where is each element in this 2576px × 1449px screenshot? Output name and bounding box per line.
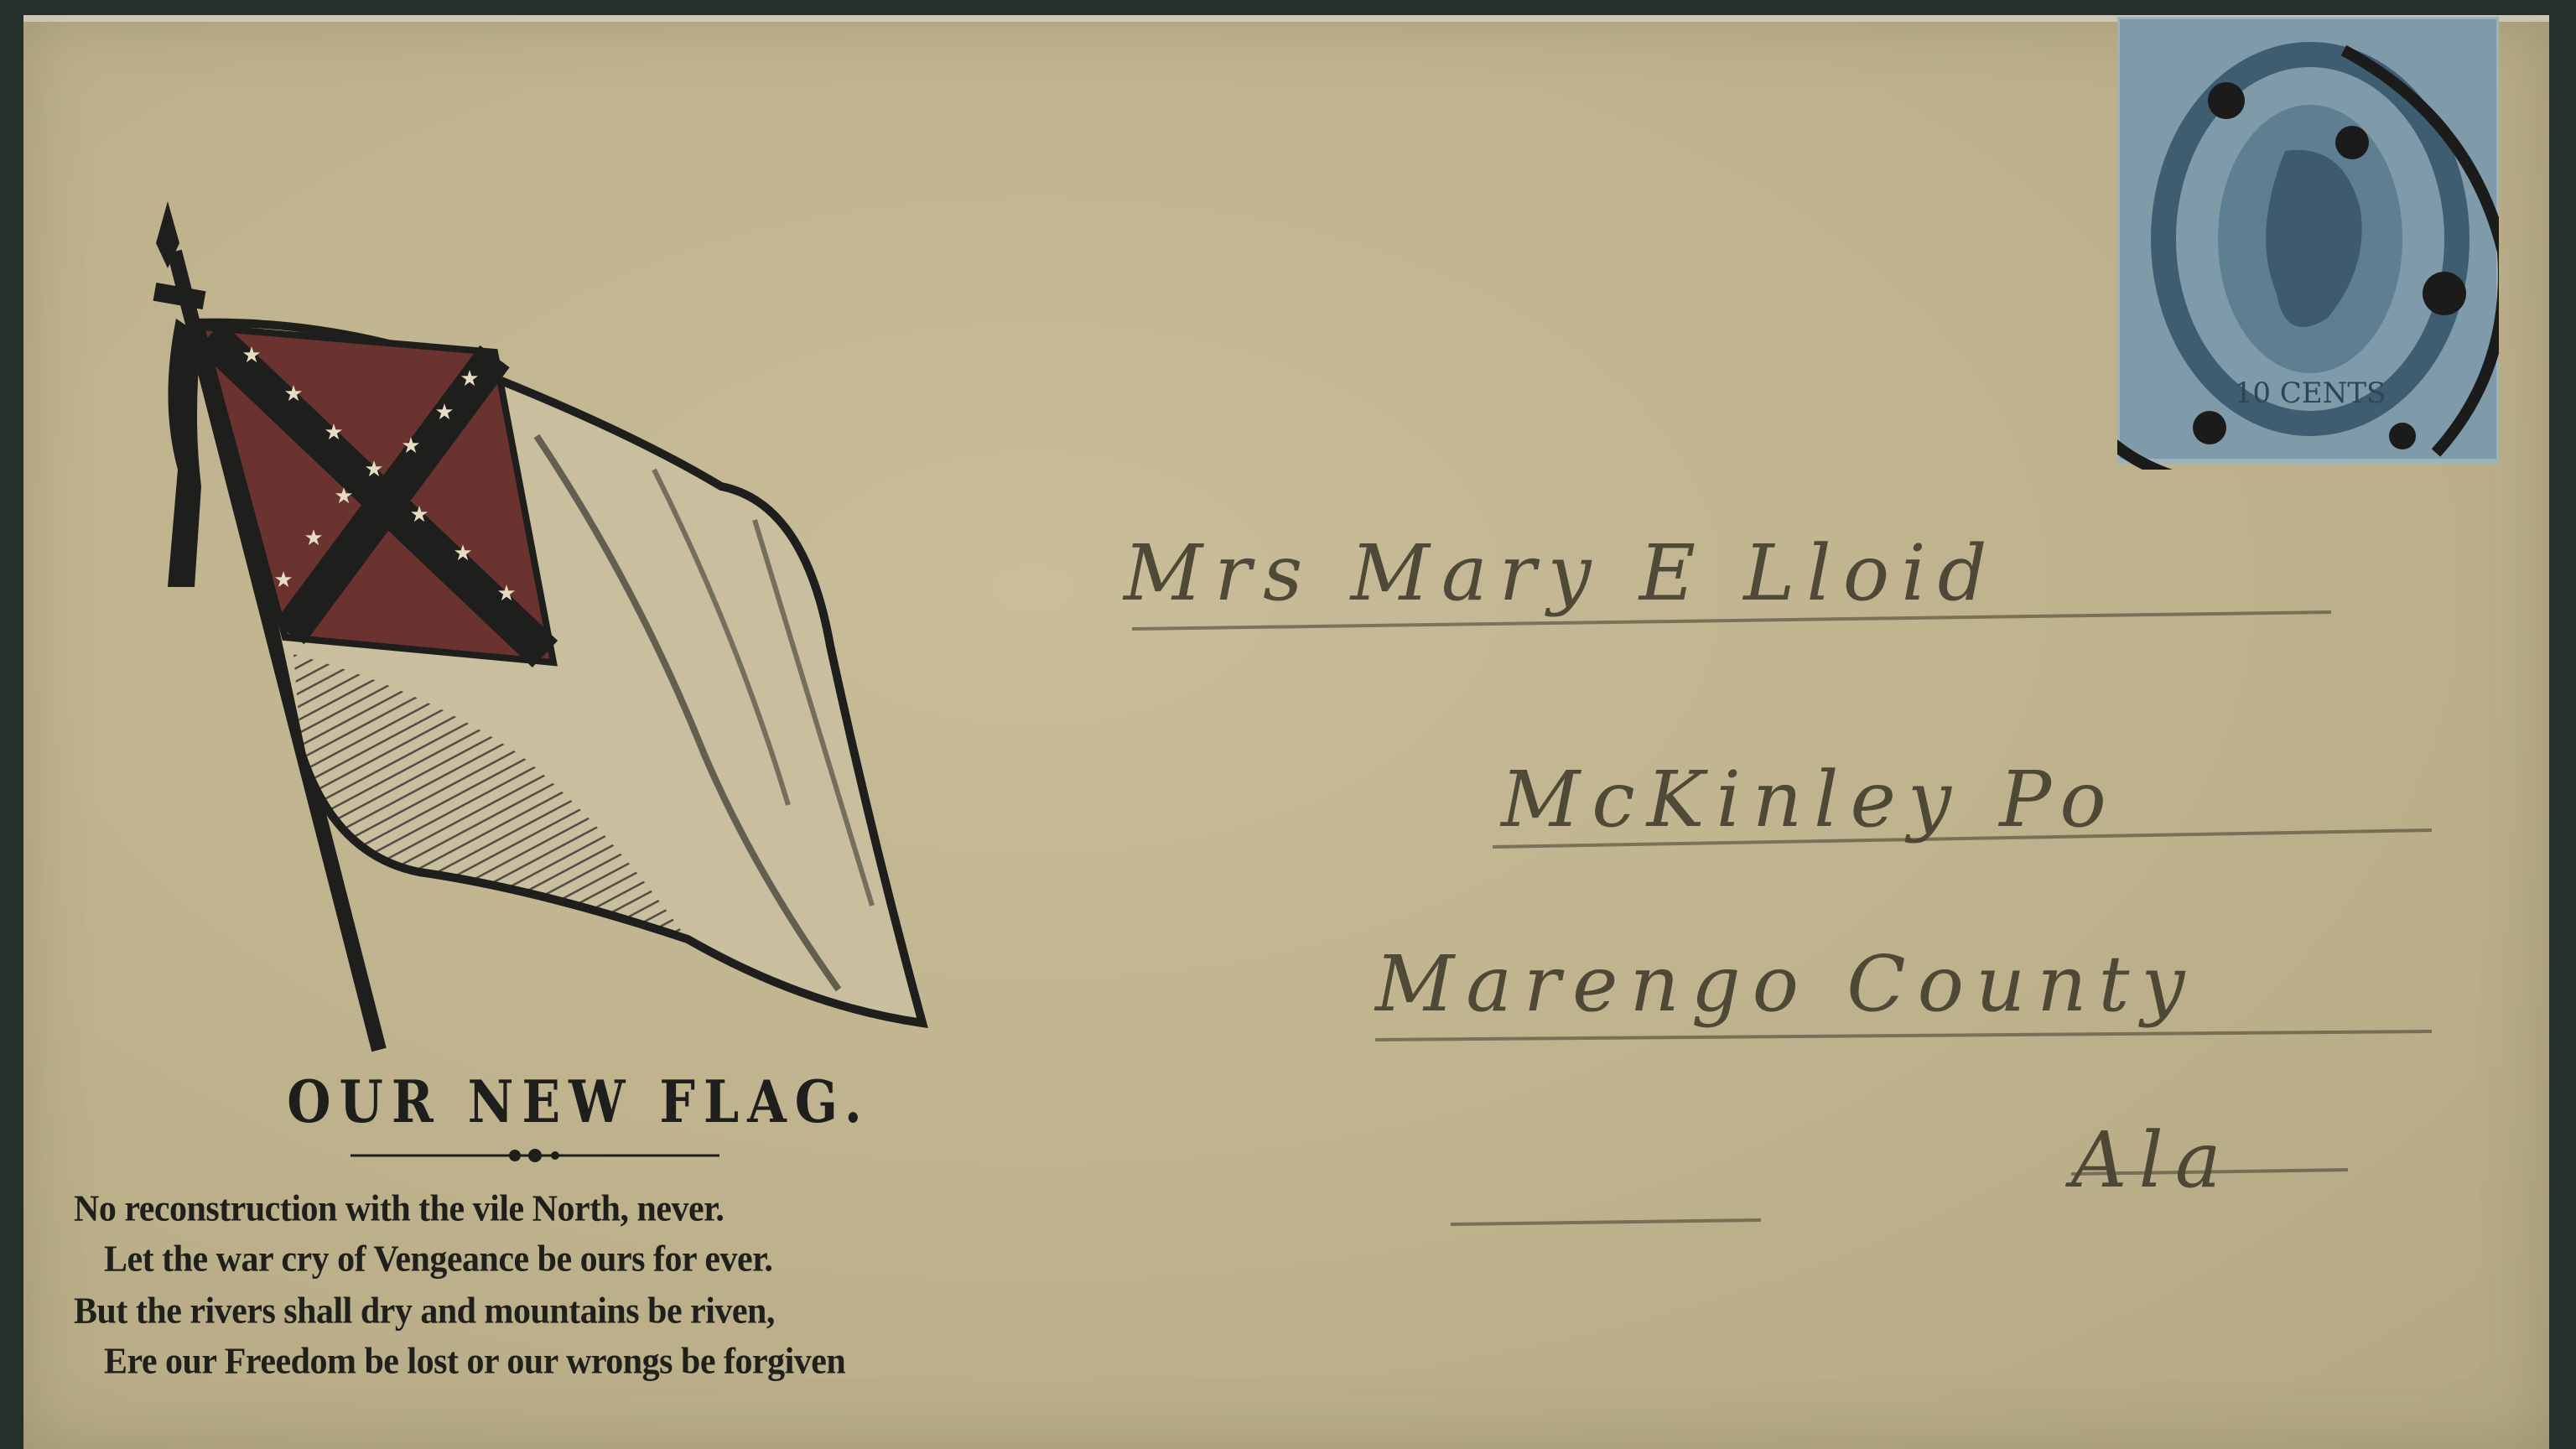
address-underlines (0, 0, 2576, 1449)
